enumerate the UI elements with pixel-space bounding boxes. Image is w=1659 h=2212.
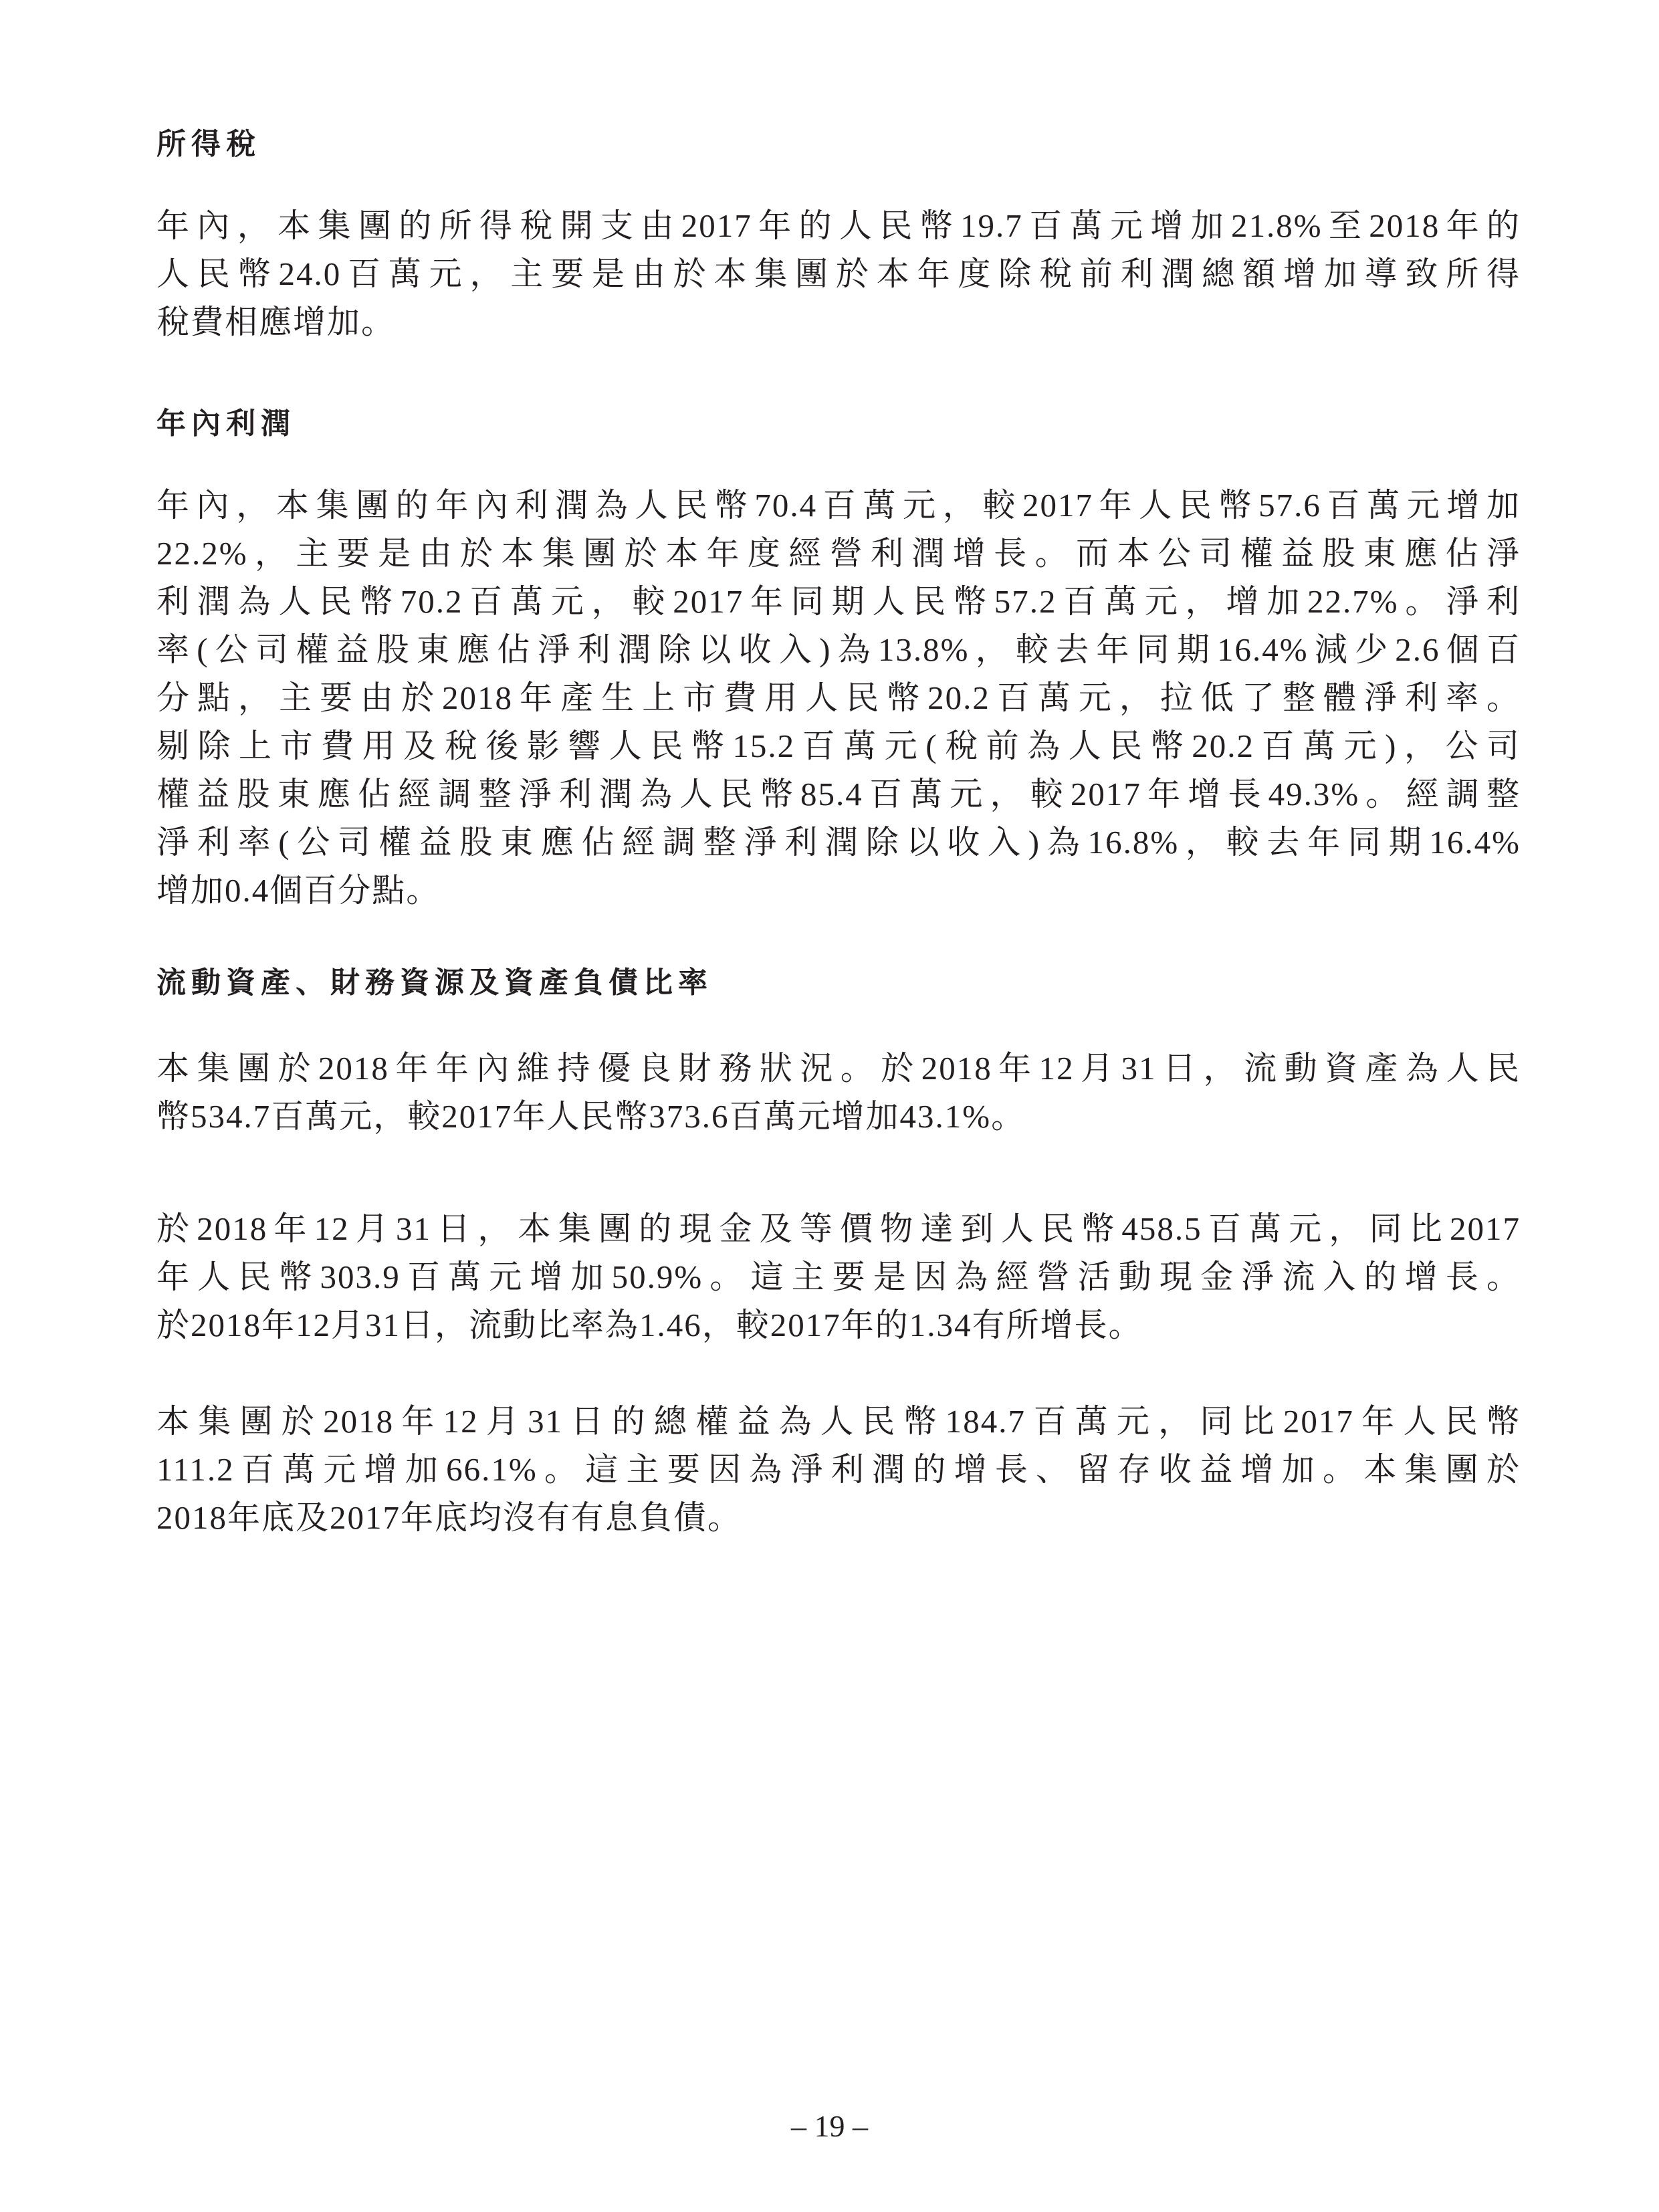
text-line: 於2018年12月31日，流動比率為1.46，較2017年的1.34有所增長。 [156,1301,1521,1349]
paragraph-cash-equivalents: 於2018年12月31日，本集團的現金及等價物達到人民幣458.5百萬元，同比2… [156,1205,1521,1349]
text-line: 利潤為人民幣70.2百萬元，較2017年同期人民幣57.2百萬元，增加22.7%… [156,578,1521,626]
text-line: 分點，主要由於2018年產生上市費用人民幣20.2百萬元，拉低了整體淨利率。 [156,674,1521,722]
text-line: 人民幣24.0百萬元，主要是由於本集團於本年度除稅前利潤總額增加導致所得 [156,250,1521,298]
paragraph-total-equity: 本集團於2018年12月31日的總權益為人民幣184.7百萬元，同比2017年人… [156,1398,1521,1542]
text-line: 本集團於2018年年內維持優良財務狀況。於2018年12月31日，流動資產為人民 [156,1044,1521,1093]
text-line: 22.2%，主要是由於本集團於本年度經營利潤增長。而本公司權益股東應佔淨 [156,530,1521,578]
paragraph-income-tax: 年內，本集團的所得稅開支由2017年的人民幣19.7百萬元增加21.8%至201… [156,202,1521,346]
text-line: 權益股東應佔經調整淨利潤為人民幣85.4百萬元，較2017年增長49.3%。經調… [156,770,1521,818]
text-line: 年人民幣303.9百萬元增加50.9%。這主要是因為經營活動現金淨流入的增長。 [156,1253,1521,1301]
text-line: 111.2百萬元增加66.1%。這主要因為淨利潤的增長、留存收益增加。本集團於 [156,1446,1521,1494]
paragraph-current-assets: 本集團於2018年年內維持優良財務狀況。於2018年12月31日，流動資產為人民… [156,1044,1521,1141]
text-line: 年內，本集團的年內利潤為人民幣70.4百萬元，較2017年人民幣57.6百萬元增… [156,481,1521,530]
text-line: 幣534.7百萬元，較2017年人民幣373.6百萬元增加43.1%。 [156,1093,1521,1141]
text-line: 於2018年12月31日，本集團的現金及等價物達到人民幣458.5百萬元，同比2… [156,1205,1521,1253]
text-line: 淨利率(公司權益股東應佔經調整淨利潤除以收入)為16.8%，較去年同期16.4% [156,818,1521,867]
section-heading-profit-for-year: 年內利潤 [156,404,296,444]
text-line: 增加0.4個百分點。 [156,867,1521,915]
text-line: 稅費相應增加。 [156,298,1521,346]
text-line: 本集團於2018年12月31日的總權益為人民幣184.7百萬元，同比2017年人… [156,1398,1521,1446]
section-heading-income-tax: 所得稅 [156,124,261,164]
paragraph-profit-for-year: 年內，本集團的年內利潤為人民幣70.4百萬元，較2017年人民幣57.6百萬元增… [156,481,1521,915]
page-number: – 19 – [0,2106,1659,2146]
text-line: 2018年底及2017年底均沒有有息負債。 [156,1494,1521,1542]
text-line: 率(公司權益股東應佔淨利潤除以收入)為13.8%，較去年同期16.4%減少2.6… [156,626,1521,674]
text-line: 剔除上市費用及稅後影響人民幣15.2百萬元(稅前為人民幣20.2百萬元)，公司 [156,722,1521,770]
section-heading-liquidity: 流動資產、財務資源及資產負債比率 [156,963,713,1003]
text-line: 年內，本集團的所得稅開支由2017年的人民幣19.7百萬元增加21.8%至201… [156,202,1521,250]
